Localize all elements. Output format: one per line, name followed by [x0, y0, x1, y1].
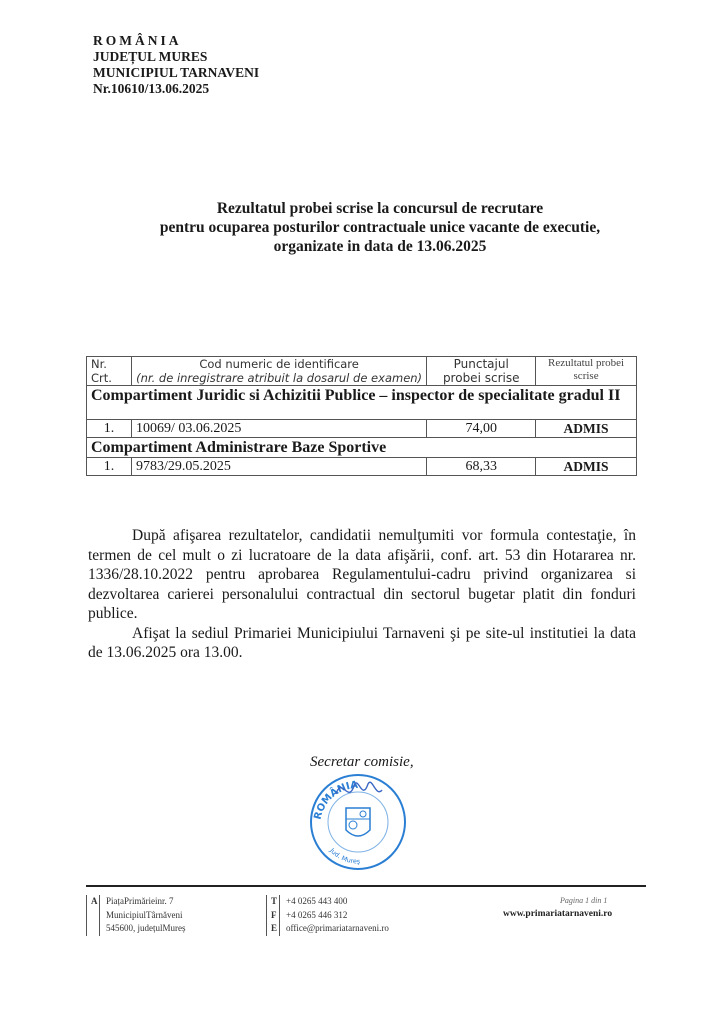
- header-rezultat: Rezultatul probei scrise: [536, 357, 637, 386]
- header-cod: Cod numeric de identificare (nr. de inre…: [131, 357, 426, 386]
- header-rezultat-line2: scrise: [540, 370, 632, 383]
- fax-number: +4 0265 446 312: [286, 909, 389, 923]
- cell-cod: 10069/ 03.06.2025: [131, 420, 426, 438]
- cell-cod: 9783/29.05.2025: [131, 458, 426, 476]
- website-link[interactable]: www.primariatarnaveni.ro: [503, 909, 612, 919]
- table-header-row: Nr. Crt. Cod numeric de identificare (nr…: [87, 357, 637, 386]
- phone-letter: T: [271, 895, 275, 909]
- header-rezultat-line1: Rezultatul probei: [540, 357, 632, 370]
- table-row: 1. 9783/29.05.2025 68,33 ADMIS: [87, 458, 637, 476]
- header-county: JUDEȚUL MURES: [93, 49, 259, 65]
- phone-number: +4 0265 443 400: [286, 895, 389, 909]
- header-municipality: MUNICIPIUL TARNAVENI: [93, 65, 259, 81]
- title-line-1: Rezultatul probei scrise la concursul de…: [100, 199, 660, 218]
- body-text: După afişarea rezultatelor, candidatii n…: [88, 526, 636, 663]
- cell-rezultat: ADMIS: [536, 458, 637, 476]
- title-line-3: organizate in data de 13.06.2025: [100, 237, 660, 256]
- header-country: ROMÂNIA: [93, 33, 259, 49]
- official-stamp-icon: ROMÂNIA Jud. Mureş: [298, 764, 418, 874]
- cell-punctaj: 68,33: [427, 458, 536, 476]
- section-title: Compartiment Juridic si Achizitii Public…: [87, 386, 637, 420]
- email-letter: E: [271, 922, 275, 936]
- header-punctaj-line1: Punctajul: [431, 357, 531, 371]
- address-letter: A: [86, 895, 100, 936]
- address-line-2: MunicipiulTârnăveni: [106, 909, 186, 923]
- cell-nr: 1.: [87, 458, 132, 476]
- header-punctaj: Punctajul probei scrise: [427, 357, 536, 386]
- document-header: ROMÂNIA JUDEȚUL MURES MUNICIPIUL TARNAVE…: [93, 33, 259, 97]
- cell-punctaj: 74,00: [427, 420, 536, 438]
- header-cod-line1: Cod numeric de identificare: [136, 357, 422, 371]
- paragraph-afisat: Afişat la sediul Primariei Municipiului …: [88, 624, 636, 663]
- document-title: Rezultatul probei scrise la concursul de…: [100, 199, 660, 256]
- fax-letter: F: [271, 909, 275, 923]
- header-nr-crt: Nr. Crt.: [87, 357, 132, 386]
- svg-text:ROMÂNIA: ROMÂNIA: [313, 780, 359, 821]
- results-table: Nr. Crt. Cod numeric de identificare (nr…: [86, 356, 637, 476]
- title-line-2: pentru ocuparea posturilor contractuale …: [100, 218, 660, 237]
- header-reg-number: Nr.10610/13.06.2025: [93, 81, 259, 97]
- section-title: Compartiment Administrare Baze Sportive: [87, 438, 637, 458]
- page-number: Pagina 1 din 1: [560, 896, 607, 905]
- section-row: Compartiment Administrare Baze Sportive: [87, 438, 637, 458]
- stamp-text-top: ROMÂNIA: [313, 780, 359, 821]
- paragraph-contestatie: După afişarea rezultatelor, candidatii n…: [88, 526, 636, 624]
- footer-contact: T F E +4 0265 443 400 +4 0265 446 312 of…: [266, 895, 389, 936]
- cell-rezultat: ADMIS: [536, 420, 637, 438]
- email-address[interactable]: office@primariatarnaveni.ro: [286, 922, 389, 936]
- cell-nr: 1.: [87, 420, 132, 438]
- section-row: Compartiment Juridic si Achizitii Public…: [87, 386, 637, 420]
- header-nr-line1: Nr.: [91, 357, 127, 371]
- footer-address: A PiațaPrimărieinr. 7 MunicipiulTârnăven…: [86, 895, 186, 936]
- header-punctaj-line2: probei scrise: [431, 371, 531, 385]
- footer-divider: [86, 885, 646, 887]
- table-row: 1. 10069/ 03.06.2025 74,00 ADMIS: [87, 420, 637, 438]
- header-nr-line2: Crt.: [91, 371, 127, 385]
- address-line-1: PiațaPrimărieinr. 7: [106, 895, 186, 909]
- address-line-3: 545600, județulMureș: [106, 922, 186, 936]
- header-cod-line2: (nr. de inregistrare atribuit la dosarul…: [136, 371, 422, 385]
